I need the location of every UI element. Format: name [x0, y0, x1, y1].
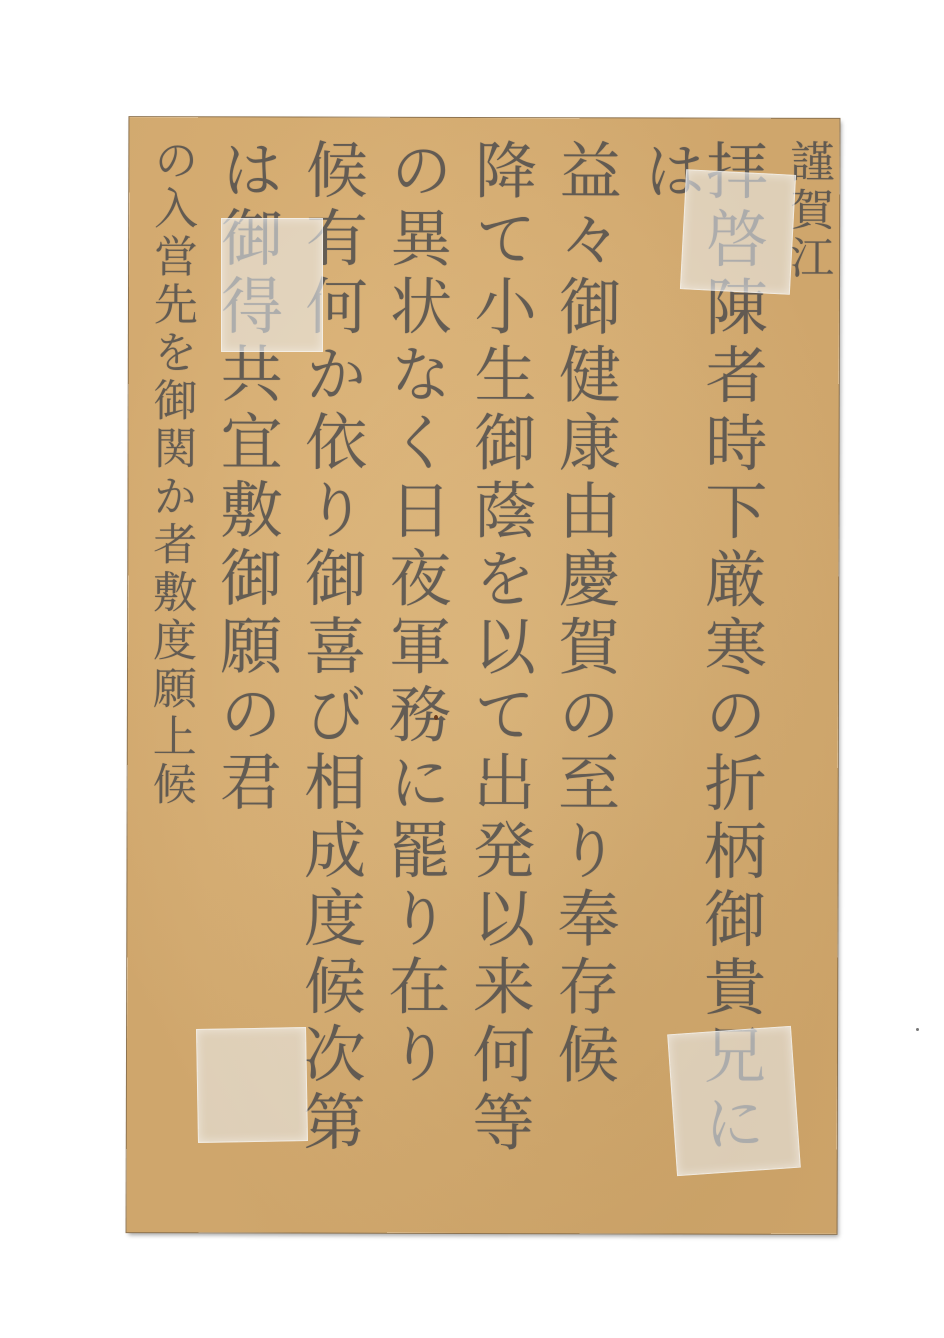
- tape-top-left: [221, 218, 323, 352]
- tape-bottom-left: [196, 1027, 308, 1143]
- tape-bottom-right: [667, 1026, 801, 1176]
- text-column-5: の異状なく日夜軍務に罷り在り: [382, 138, 447, 1203]
- text-column-8: の入営先を御関か者敷度願上候: [147, 137, 194, 1202]
- tape-top-right: [680, 169, 796, 295]
- ink-stain: [434, 715, 438, 720]
- text-column-4: 降て小生御蔭を以て出発以来何等: [467, 138, 532, 1203]
- stray-dot: [916, 1028, 919, 1031]
- text-column-3: 益々御健康由慶賀の至り奉存候: [551, 138, 616, 1203]
